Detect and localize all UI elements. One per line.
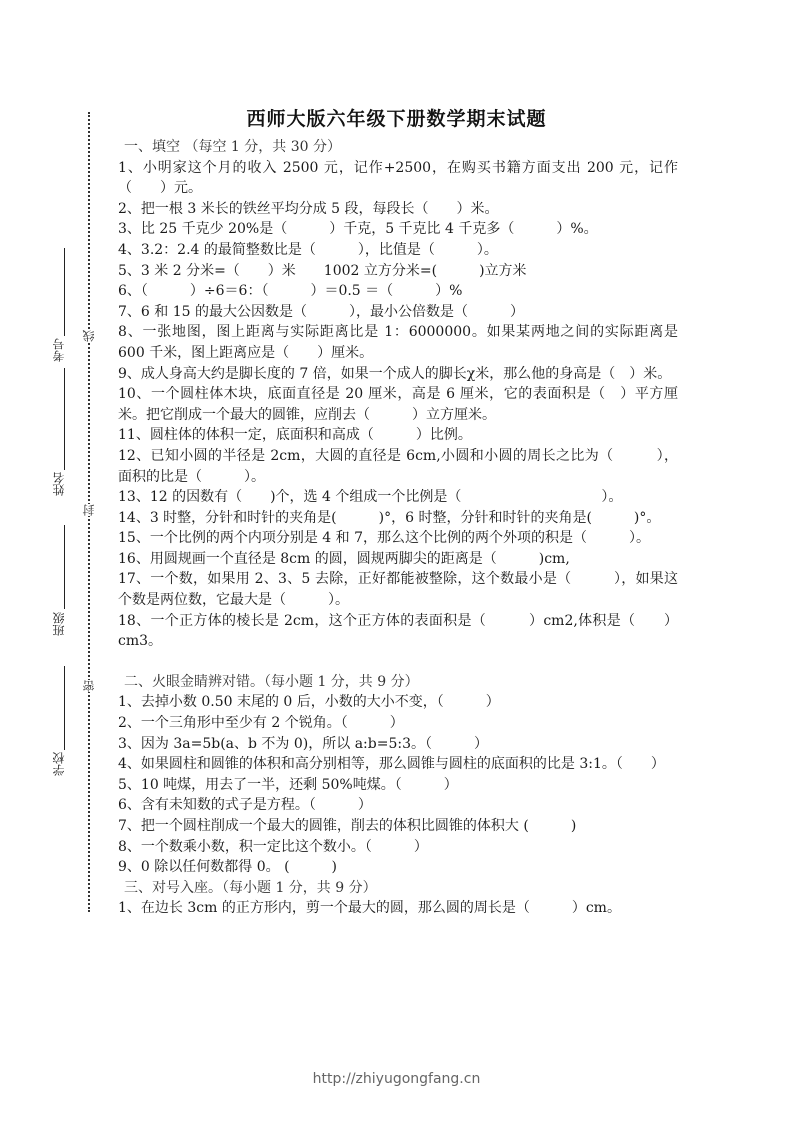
section-heading-matching: 三、对号入座。（每小题 1 分，共 9 分） (118, 878, 678, 899)
question-2-9: 9、0 除以任何数都得 0。 ( ) (118, 857, 678, 878)
class-line[interactable] (64, 525, 65, 609)
section-spacer (118, 652, 678, 672)
class-label: 班级 (52, 612, 66, 636)
question-2-1: 1、去掉小数 0.50 末尾的 0 后，小数的大小不变，（ ） (118, 692, 678, 713)
exam-number-label: 考号 (52, 338, 66, 362)
question-1-8: 8、一张地图，图上距离与实际距离比是 1：6000000。如果某两地之间的实际距… (118, 322, 678, 363)
exam-number-line[interactable] (64, 248, 65, 336)
seal-word-seal: 封 (82, 504, 96, 516)
question-1-12: 12、已知小圆的半径是 2cm，大圆的直径是 6cm,小圆和小圆的周长之比为（ … (118, 446, 678, 487)
name-label: 姓名 (52, 472, 66, 496)
section-heading-fill-blank: 一、填空 （每空 1 分，共 30 分） (118, 137, 678, 158)
page-title: 西师大版六年级下册数学期末试题 (0, 104, 793, 131)
question-2-7: 7、把一个圆柱削成一个最大的圆锥，削去的体积比圆锥的体积大 ( ) (118, 816, 678, 837)
question-2-5: 5、10 吨煤，用去了一半，还剩 50%吨煤。（ ） (118, 775, 678, 796)
exam-page: 线 封 密 考号 姓名 班级 学校 西师大版六年级下册数学期末试题 一、填空 （… (0, 0, 793, 1122)
exam-content: 一、填空 （每空 1 分，共 30 分） 1、小明家这个月的收入 2500 元，… (118, 137, 678, 919)
question-1-4: 4、3.2：2.4 的最简整数比是（ ），比值是（ ）。 (118, 240, 678, 261)
question-1-5: 5、3 米 2 分米=（ ）米 1002 立方分米=( )立方米 (118, 261, 678, 282)
question-1-1: 1、小明家这个月的收入 2500 元，记作+2500，在购买书籍方面支出 200… (118, 158, 678, 199)
question-1-15: 15、一个比例的两个内项分别是 4 和 7，那么这个比例的两个外项的积是（ ）。 (118, 528, 678, 549)
name-line[interactable] (64, 368, 65, 470)
question-2-2: 2、一个三角形中至少有 2 个锐角。（ ） (118, 713, 678, 734)
question-2-6: 6、含有未知数的式子是方程。（ ） (118, 795, 678, 816)
question-1-7: 7、6 和 15 的最大公因数是（ ），最小公倍数是（ ） (118, 302, 678, 323)
question-1-14: 14、3 时整，分针和时针的夹角是( )°，6 时整，分针和时针的夹角是( )°… (118, 508, 678, 529)
seal-word-secret: 密 (82, 680, 96, 692)
question-2-4: 4、如果圆柱和圆锥的体积和高分别相等，那么圆锥与圆柱的底面积的比是 3:1。（ … (118, 754, 678, 775)
section-heading-true-false: 二、火眼金睛辨对错。（每小题 1 分，共 9 分） (118, 672, 678, 693)
question-1-13: 13、12 的因数有（ )个，选 4 个组成一个比例是（ ）。 (118, 487, 678, 508)
question-1-2: 2、把一根 3 米长的铁丝平均分成 5 段，每段长（ ）米。 (118, 199, 678, 220)
question-1-9: 9、成人身高大约是脚长度的 7 倍，如果一个成人的脚长χ米，那么他的身高是（ ）… (118, 364, 678, 385)
question-1-10: 10、一个圆柱体木块，底面直径是 20 厘米，高是 6 厘米，它的表面积是（ ）… (118, 384, 678, 425)
question-1-3: 3、比 25 千克少 20%是（ ）千克，5 千克比 4 千克多（ ）%。 (118, 219, 678, 240)
seal-word-line: 线 (82, 330, 96, 342)
school-line[interactable] (64, 666, 65, 750)
question-2-3: 3、因为 3a=5b(a、b 不为 0)，所以 a:b=5:3。（ ） (118, 734, 678, 755)
school-label: 学校 (52, 752, 66, 776)
question-3-1: 1、在边长 3cm 的正方形内，剪一个最大的圆，那么圆的周长是（ ）cm。 (118, 898, 678, 919)
question-2-8: 8、一个数乘小数，积一定比这个数小。（ ） (118, 837, 678, 858)
question-1-18: 18、一个正方体的棱长是 2cm，这个正方体的表面积是（ ）cm2,体积是（ ）… (118, 611, 678, 652)
question-1-6: 6、（ ）÷6＝6：（ ）＝0.5 ＝（ ）% (118, 281, 678, 302)
question-1-16: 16、用圆规画一个直径是 8cm 的圆，圆规两脚尖的距离是（ )cm, (118, 549, 678, 570)
question-1-17: 17、一个数，如果用 2、3、5 去除，正好都能被整除，这个数最小是（ ），如果… (118, 569, 678, 610)
footer-url[interactable]: http://zhiyugongfang.cn (0, 1071, 793, 1087)
question-1-11: 11、圆柱体的体积一定，底面积和高成（ ）比例。 (118, 425, 678, 446)
